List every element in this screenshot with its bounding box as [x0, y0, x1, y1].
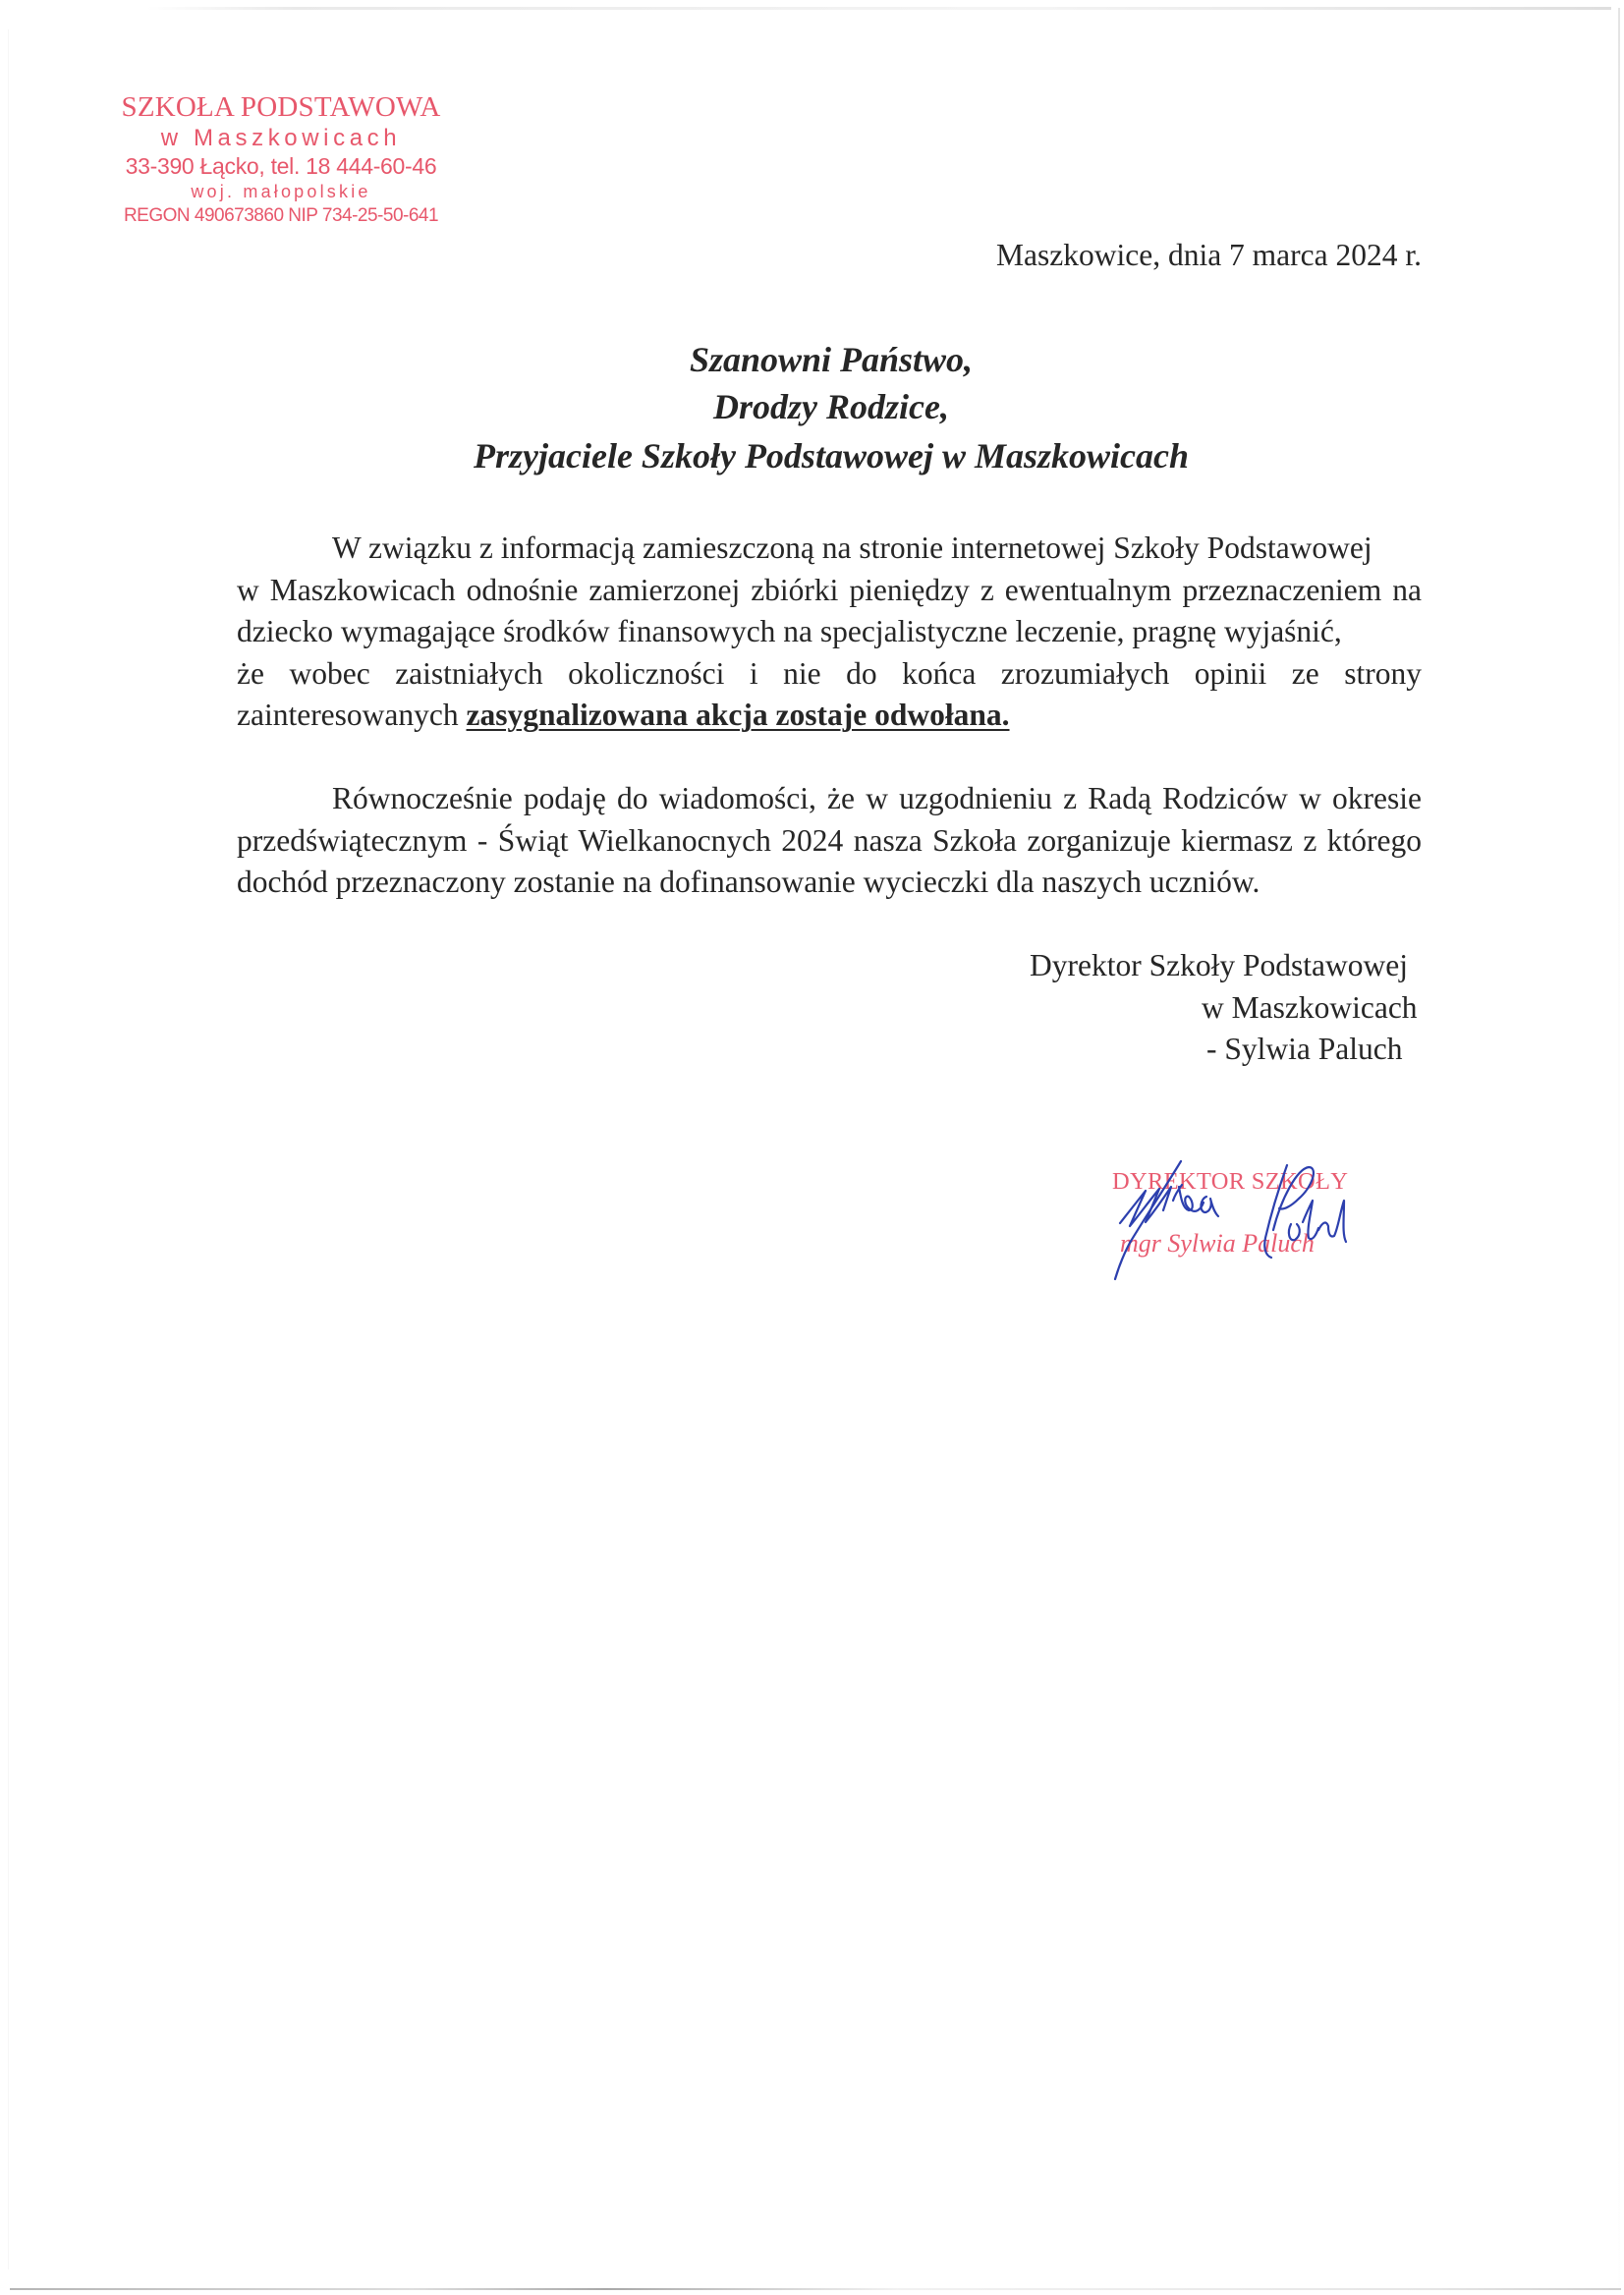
- paragraph-1-line-5-text: zainteresowanych: [237, 698, 459, 732]
- scan-edge-left: [8, 29, 9, 2269]
- school-stamp-voivodeship: woj. małopolskie: [93, 180, 469, 203]
- signature-title: Dyrektor Szkoły Podstawowej: [1030, 945, 1408, 987]
- paragraph-1-line-2: w Maszkowicach odnośnie zamierzonej zbió…: [237, 570, 1422, 612]
- school-stamp: SZKOŁA PODSTAWOWA w Maszkowicach 33-390 …: [93, 90, 469, 229]
- scan-edge-top: [147, 7, 1611, 10]
- paragraph-1-line-4: że wobec zaistniałych okoliczności i nie…: [237, 653, 1422, 696]
- signature-name: - Sylwia Paluch: [1206, 1029, 1402, 1071]
- paragraph-2: Równocześnie podaję do wiadomości, że w …: [237, 778, 1422, 904]
- signature-location: w Maszkowicach: [1202, 987, 1418, 1030]
- school-stamp-name: SZKOŁA PODSTAWOWA: [93, 90, 469, 124]
- paragraph-1-line-1: W związku z informacją zamieszczoną na s…: [237, 528, 1422, 570]
- handwritten-signature-icon: [1091, 1140, 1385, 1297]
- paragraph-1-line-5: zainteresowanych zasygnalizowana akcja z…: [237, 695, 1422, 737]
- paragraph-1-line-3: dziecko wymagające środków finansowych n…: [237, 611, 1422, 653]
- school-stamp-location: w Maszkowicach: [93, 124, 469, 153]
- greeting-line-2: Drodzy Rodzice,: [340, 387, 1322, 426]
- scan-edge-bottom: [10, 2288, 1621, 2290]
- paragraph-2-line-3: dochód przeznaczony zostanie na dofinans…: [237, 862, 1422, 904]
- date-line: Maszkowice, dnia 7 marca 2024 r.: [996, 238, 1422, 273]
- school-stamp-ids: REGON 490673860 NIP 734-25-50-641: [93, 203, 469, 229]
- letter-page: SZKOŁA PODSTAWOWA w Maszkowicach 33-390 …: [0, 0, 1624, 2295]
- greeting-line-1: Szanowni Państwo,: [340, 340, 1322, 379]
- paragraph-1: W związku z informacją zamieszczoną na s…: [237, 528, 1422, 737]
- cancellation-emphasis: zasygnalizowana akcja zostaje odwołana.: [467, 698, 1010, 732]
- greeting-line-3: Przyjaciele Szkoły Podstawowej w Maszkow…: [340, 436, 1322, 476]
- school-stamp-address: 33-390 Łącko, tel. 18 444-60-46: [93, 153, 469, 180]
- paragraph-2-line-1: Równocześnie podaję do wiadomości, że w …: [237, 778, 1422, 820]
- scan-edge-right: [1618, 8, 1620, 2287]
- paragraph-2-line-2: przedświątecznym - Świąt Wielkanocnych 2…: [237, 820, 1422, 863]
